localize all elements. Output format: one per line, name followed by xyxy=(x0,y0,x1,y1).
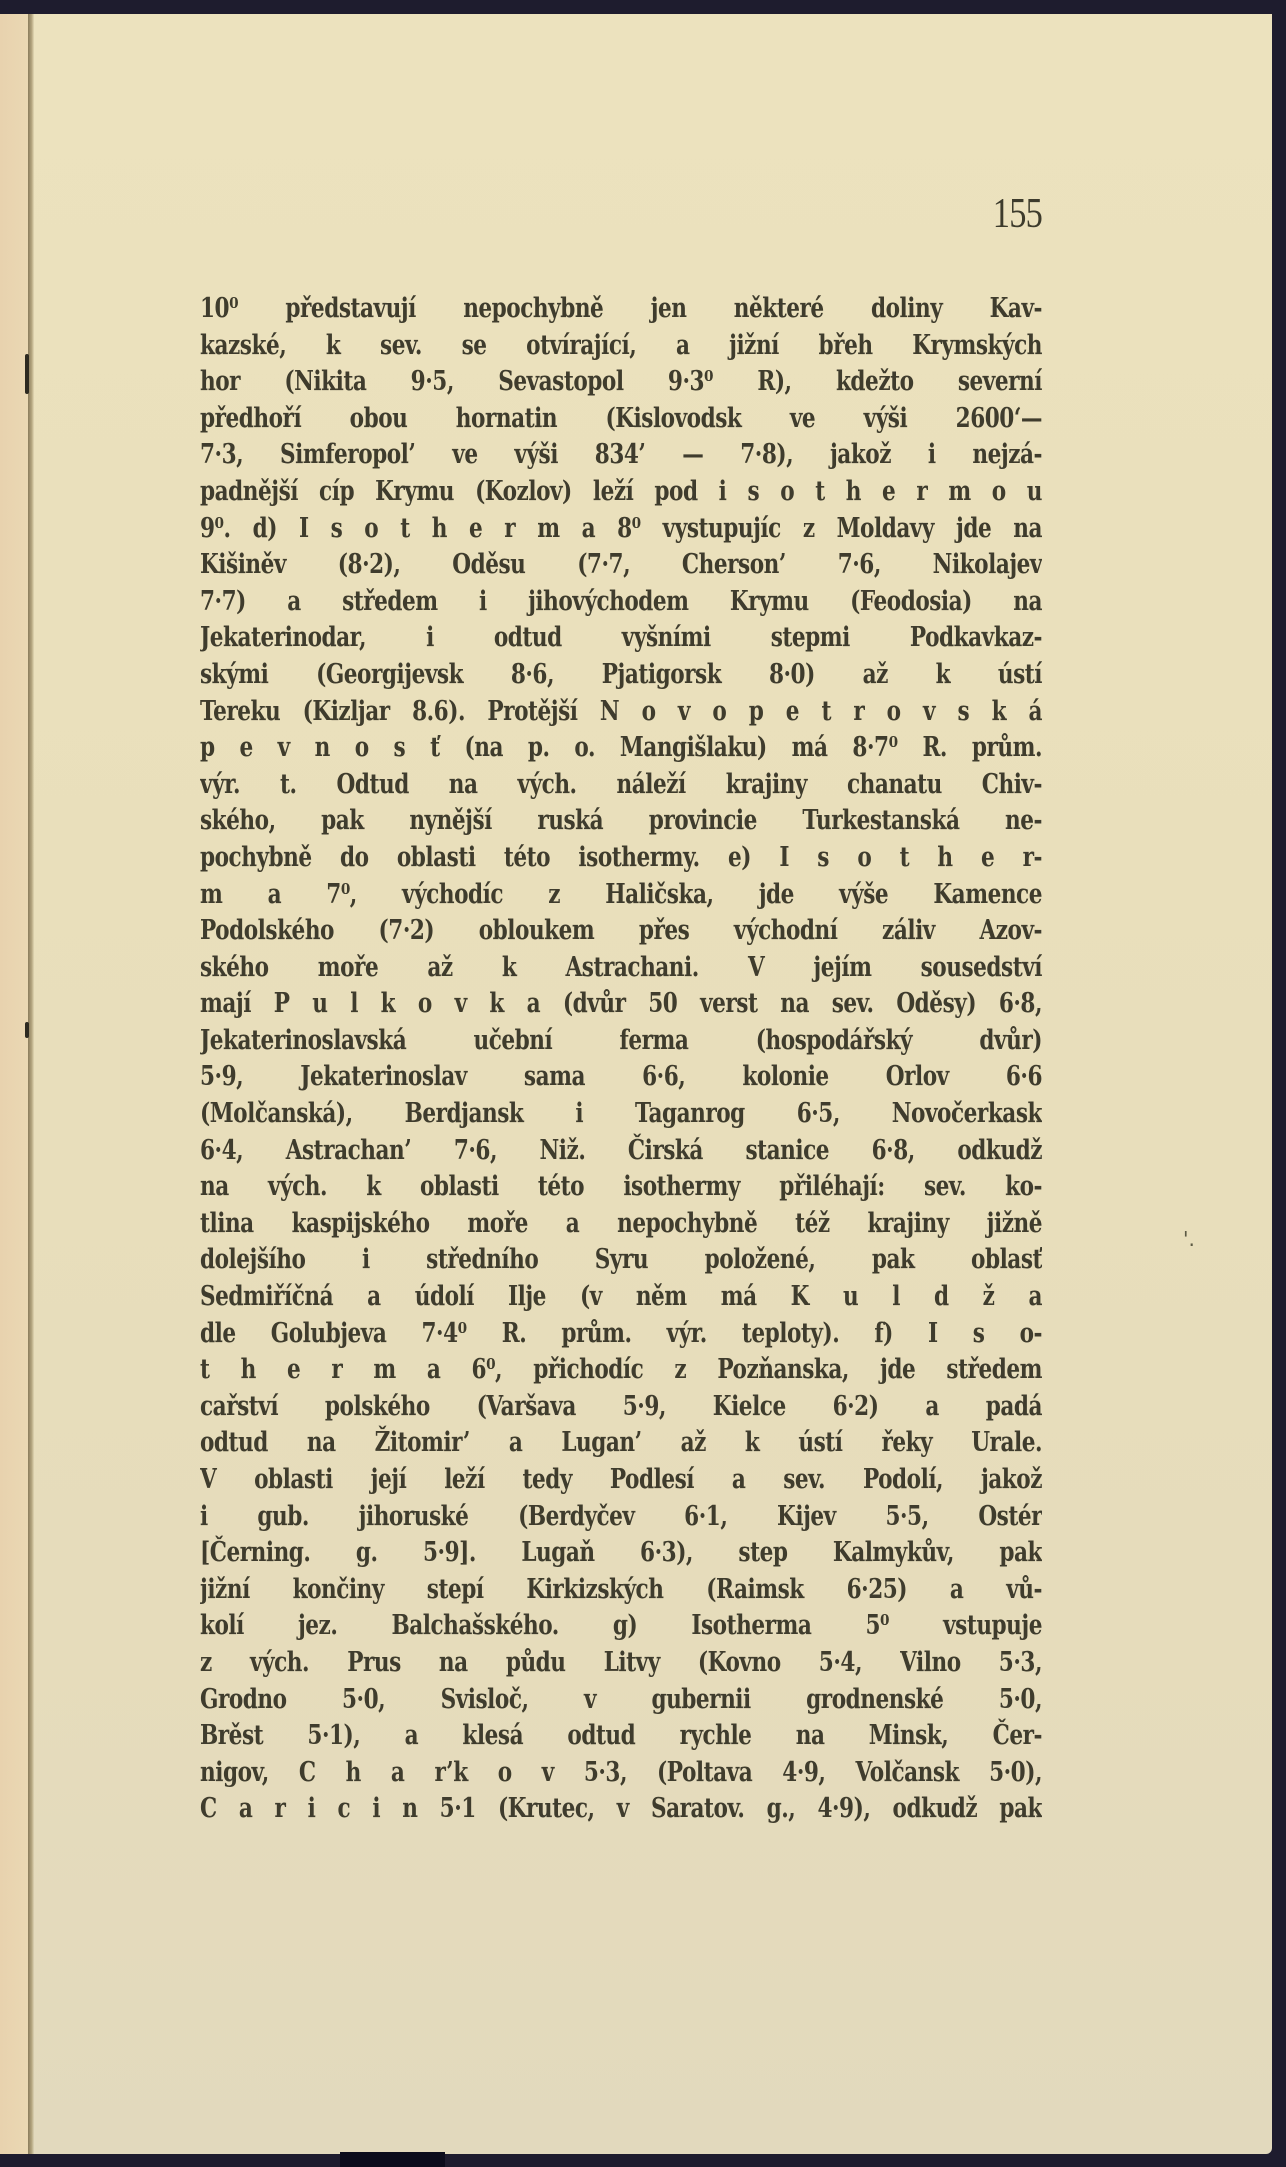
text-line: Jekaterinoslavská učební ferma (hospodář… xyxy=(200,1023,1042,1060)
text-line-content: Brěst 5·1), a klesá odtud rychle na Mins… xyxy=(200,1718,1042,1755)
text-line: Brěst 5·1), a klesá odtud rychle na Mins… xyxy=(200,1718,1042,1755)
text-line-content: na vých. k oblasti této isothermy přiléh… xyxy=(200,1169,1042,1206)
text-line: m a 7⁰, východíc z Haličska, jde výše Ka… xyxy=(200,877,1042,914)
text-line: na vých. k oblasti této isothermy přiléh… xyxy=(200,1169,1042,1206)
page-number: 155 xyxy=(991,190,1042,238)
text-line: cařství polského (Varšava 5·9, Kielce 6·… xyxy=(200,1389,1042,1426)
text-line-content: 6·4, Astrachan’ 7·6, Niž. Čirská stanice… xyxy=(200,1133,1042,1170)
text-line-content: Tereku (Kizljar 8.6). Protější N o v o p… xyxy=(200,694,1042,731)
text-line: Podolského (7·2) obloukem přes východní … xyxy=(200,913,1042,950)
text-line-content: skými (Georgijevsk 8·6, Pjatigorsk 8·0) … xyxy=(200,657,1042,694)
text-line: odtud na Žitomir’ a Lugan’ až k ústí řek… xyxy=(200,1425,1042,1462)
text-line-content: 7·3, Simferopol’ ve výši 834’ — 7·8), ja… xyxy=(200,437,1042,474)
text-line: 9⁰. d) I s o t h e r m a 8⁰ vystupujíc z… xyxy=(200,511,1042,548)
text-line-content: Grodno 5·0, Svisloč, v gubernii grodnens… xyxy=(200,1682,1042,1719)
text-line: Kišiněv (8·2), Oděsu (7·7, Cherson’ 7·6,… xyxy=(200,547,1042,584)
text-line-content: t h e r m a 6⁰, přichodíc z Pozňanska, j… xyxy=(200,1352,1042,1389)
text-line-content: padnější cíp Krymu (Kozlov) leží pod i s… xyxy=(200,474,1042,511)
text-line-content: nigov, C h a r’k o v 5·3, (Poltava 4·9, … xyxy=(200,1755,1042,1792)
text-line-content: Jekaterinoslavská učební ferma (hospodář… xyxy=(200,1023,1042,1060)
text-line: 5·9, Jekaterinoslav sama 6·6, kolonie Or… xyxy=(200,1059,1042,1096)
text-line: C a r i c i n 5·1 (Krutec, v Saratov. g.… xyxy=(200,1791,1042,1828)
text-line: Tereku (Kizljar 8.6). Protější N o v o p… xyxy=(200,694,1042,731)
text-line-content: (Molčanská), Berdjansk i Taganrog 6·5, N… xyxy=(200,1096,1042,1133)
text-line-content: m a 7⁰, východíc z Haličska, jde výše Ka… xyxy=(200,877,1042,914)
text-line-content: V oblasti její leží tedy Podlesí a sev. … xyxy=(200,1462,1042,1499)
gutter-mark xyxy=(25,1022,29,1038)
margin-mark: '. xyxy=(1183,1227,1195,1251)
text-line-content: kazské, k sev. se otvírající, a jižní bř… xyxy=(200,328,1042,365)
text-line: ského, pak nynější ruská provincie Turke… xyxy=(200,803,1042,840)
text-line: jižní končiny stepí Kirkizských (Raimsk … xyxy=(200,1572,1042,1609)
text-line-content: ského moře až k Astrachani. V jejím sous… xyxy=(200,950,1042,987)
text-line: předhoří obou hornatin (Kislovodsk ve vý… xyxy=(200,401,1042,438)
text-line: 6·4, Astrachan’ 7·6, Niž. Čirská stanice… xyxy=(200,1133,1042,1170)
text-line-content: z vých. Prus na půdu Litvy (Kovno 5·4, V… xyxy=(200,1645,1042,1682)
text-line-content: 5·9, Jekaterinoslav sama 6·6, kolonie Or… xyxy=(200,1059,1042,1096)
text-line-content: ského, pak nynější ruská provincie Turke… xyxy=(200,803,1042,840)
text-line: hor (Nikita 9·5, Sevastopol 9·3⁰ R), kde… xyxy=(200,364,1042,401)
text-line: kazské, k sev. se otvírající, a jižní bř… xyxy=(200,328,1042,365)
text-line: 7·3, Simferopol’ ve výši 834’ — 7·8), ja… xyxy=(200,437,1042,474)
binding-gutter xyxy=(28,14,34,2154)
text-line-content: 9⁰. d) I s o t h e r m a 8⁰ vystupujíc z… xyxy=(200,511,1042,548)
text-line: Grodno 5·0, Svisloč, v gubernii grodnens… xyxy=(200,1682,1042,1719)
text-line-content: pochybně do oblasti této isothermy. e) I… xyxy=(200,840,1042,877)
text-line: p e v n o s ť (na p. o. Mangišlaku) má 8… xyxy=(200,730,1042,767)
text-line: t h e r m a 6⁰, přichodíc z Pozňanska, j… xyxy=(200,1352,1042,1389)
text-line: skými (Georgijevsk 8·6, Pjatigorsk 8·0) … xyxy=(200,657,1042,694)
text-line-content: i gub. jihoruské (Berdyčev 6·1, Kijev 5·… xyxy=(200,1499,1042,1536)
text-line-content: Kišiněv (8·2), Oděsu (7·7, Cherson’ 7·6,… xyxy=(200,547,1042,584)
text-line: (Molčanská), Berdjansk i Taganrog 6·5, N… xyxy=(200,1096,1042,1133)
text-line: i gub. jihoruské (Berdyčev 6·1, Kijev 5·… xyxy=(200,1499,1042,1536)
text-line: Jekaterinodar, i odtud vyšními stepmi Po… xyxy=(200,620,1042,657)
body-text: 10⁰ představují nepochybně jen některé d… xyxy=(200,291,1042,1828)
gutter-mark xyxy=(25,354,29,394)
text-line-content: odtud na Žitomir’ a Lugan’ až k ústí řek… xyxy=(200,1425,1042,1462)
text-line-content: jižní končiny stepí Kirkizských (Raimsk … xyxy=(200,1572,1042,1609)
text-line-content: p e v n o s ť (na p. o. Mangišlaku) má 8… xyxy=(200,730,1042,767)
book-page: 155 10⁰ představují nepochybně jen někte… xyxy=(0,14,1272,2154)
text-line-content: [Černing. g. 5·9]. Lugaň 6·3), step Kalm… xyxy=(200,1535,1042,1572)
scan-artifact xyxy=(340,2152,445,2167)
text-line-content: C a r i c i n 5·1 (Krutec, v Saratov. g.… xyxy=(200,1791,1042,1828)
text-line-content: cařství polského (Varšava 5·9, Kielce 6·… xyxy=(200,1389,1042,1426)
text-line: ského moře až k Astrachani. V jejím sous… xyxy=(200,950,1042,987)
text-line: 7·7) a středem i jihovýchodem Krymu (Feo… xyxy=(200,584,1042,621)
text-line-content: výr. t. Odtud na vých. náleží krajiny ch… xyxy=(200,767,1042,804)
text-line: výr. t. Odtud na vých. náleží krajiny ch… xyxy=(200,767,1042,804)
text-line-content: Jekaterinodar, i odtud vyšními stepmi Po… xyxy=(200,620,1042,657)
text-line: z vých. Prus na půdu Litvy (Kovno 5·4, V… xyxy=(200,1645,1042,1682)
text-line-content: mají P u l k o v k a (dvůr 50 verst na s… xyxy=(200,986,1042,1023)
text-line: dle Golubjeva 7·4⁰ R. prům. výr. teploty… xyxy=(200,1316,1042,1353)
text-line: padnější cíp Krymu (Kozlov) leží pod i s… xyxy=(200,474,1042,511)
text-line: pochybně do oblasti této isothermy. e) I… xyxy=(200,840,1042,877)
text-line-content: Sedmiříčná a údolí Ilje (v něm má K u l … xyxy=(200,1279,1042,1316)
text-line-content: hor (Nikita 9·5, Sevastopol 9·3⁰ R), kde… xyxy=(200,364,1042,401)
text-line-content: tlina kaspijského moře a nepochybně též … xyxy=(200,1206,1042,1243)
text-line: nigov, C h a r’k o v 5·3, (Poltava 4·9, … xyxy=(200,1755,1042,1792)
text-line: dolejšího i středního Syru položené, pak… xyxy=(200,1242,1042,1279)
text-line: kolí jez. Balchašského. g) Isotherma 5⁰ … xyxy=(200,1608,1042,1645)
text-line-content: předhoří obou hornatin (Kislovodsk ve vý… xyxy=(200,401,1042,438)
text-line: [Černing. g. 5·9]. Lugaň 6·3), step Kalm… xyxy=(200,1535,1042,1572)
text-line-content: Podolského (7·2) obloukem přes východní … xyxy=(200,913,1042,950)
text-line-content: dolejšího i středního Syru položené, pak… xyxy=(200,1242,1042,1279)
text-line-content: kolí jez. Balchašského. g) Isotherma 5⁰ … xyxy=(200,1608,1042,1645)
previous-page-edge xyxy=(0,14,28,2154)
text-line-content: dle Golubjeva 7·4⁰ R. prům. výr. teploty… xyxy=(200,1316,1042,1353)
text-line: 10⁰ představují nepochybně jen některé d… xyxy=(200,291,1042,328)
text-line-content: 7·7) a středem i jihovýchodem Krymu (Feo… xyxy=(200,584,1042,621)
text-line: tlina kaspijského moře a nepochybně též … xyxy=(200,1206,1042,1243)
text-line-content: 10⁰ představují nepochybně jen některé d… xyxy=(200,291,1042,328)
text-line: Sedmiříčná a údolí Ilje (v něm má K u l … xyxy=(200,1279,1042,1316)
text-line: V oblasti její leží tedy Podlesí a sev. … xyxy=(200,1462,1042,1499)
text-line: mají P u l k o v k a (dvůr 50 verst na s… xyxy=(200,986,1042,1023)
